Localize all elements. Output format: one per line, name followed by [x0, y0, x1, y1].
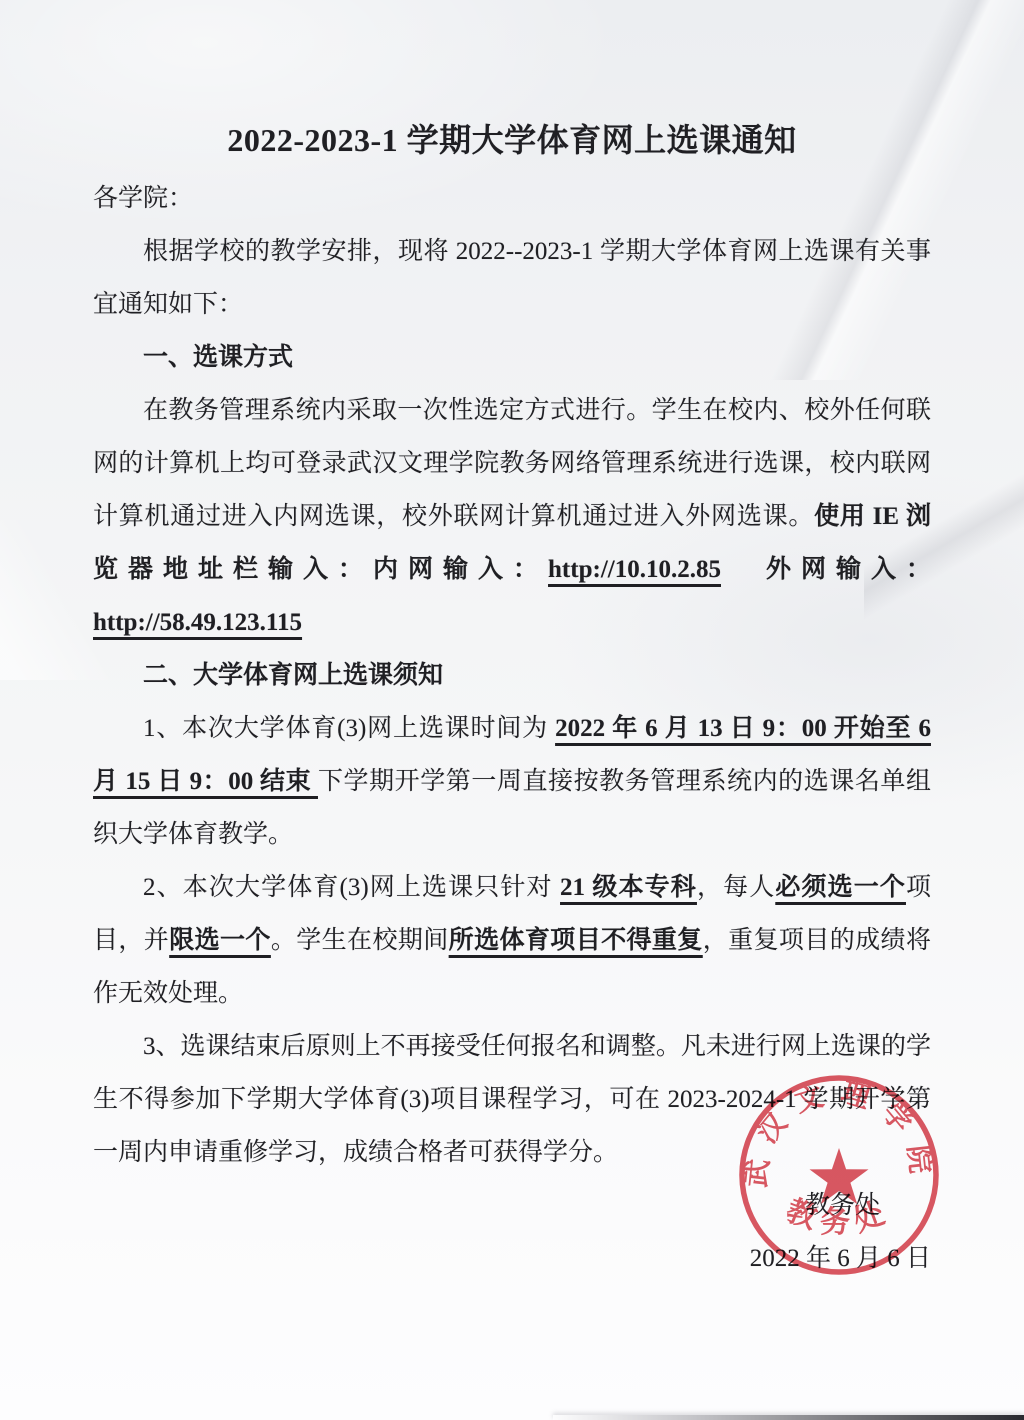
signature-date: 2022 年 6 月 6 日: [93, 1232, 931, 1285]
document-title: 2022-2023-1 学期大学体育网上选课通知: [93, 116, 931, 164]
signature-office: 教务处: [93, 1179, 931, 1232]
paragraph: 各学院：: [93, 172, 931, 225]
paragraph: 根据学校的教学安排，现将 2022--2023-1 学期大学体育网上选课有关事宜…: [93, 225, 931, 331]
paragraph: 2、本次大学体育(3)网上选课只针对 21 级本专科，每人必须选一个项目，并限选…: [93, 861, 931, 1020]
document-sheet: 2022-2023-1 学期大学体育网上选课通知 各学院：根据学校的教学安排，现…: [0, 0, 1024, 1285]
document-body: 各学院：根据学校的教学安排，现将 2022--2023-1 学期大学体育网上选课…: [93, 172, 931, 1179]
paragraph: 在教务管理系统内采取一次性选定方式进行。学生在校内、校外任何联网的计算机上均可登…: [93, 384, 931, 649]
paragraph: 1、本次大学体育(3)网上选课时间为 2022 年 6 月 13 日 9：00 …: [93, 702, 931, 861]
signature-block: 教务处 2022 年 6 月 6 日: [93, 1179, 931, 1285]
scanned-notice-page: 2022-2023-1 学期大学体育网上选课通知 各学院：根据学校的教学安排，现…: [0, 0, 1024, 1420]
section-heading: 二、大学体育网上选课须知: [93, 649, 931, 702]
scan-edge-shadow: [553, 1415, 1024, 1420]
section-heading: 一、选课方式: [93, 331, 931, 384]
paragraph: 3、选课结束后原则上不再接受任何报名和调整。凡未进行网上选课的学生不得参加下学期…: [93, 1020, 931, 1179]
